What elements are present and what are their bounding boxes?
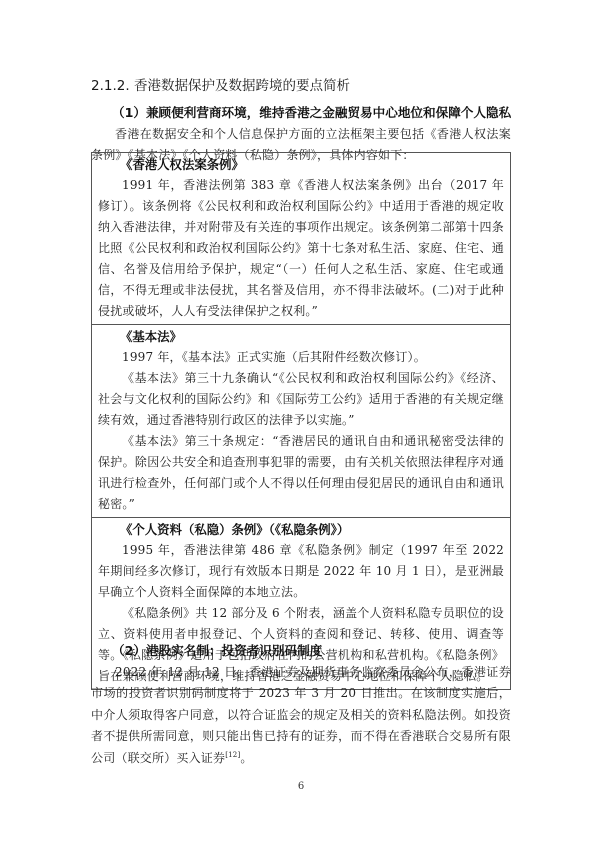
box-paragraph: 1991 年，香港法例第 383 章《香港人权法案条例》出台（2017 年修订）… xyxy=(98,175,504,322)
part2: （2）港股实名制：投资者识别码制度 2022 年 12 月 12 日，香港证券及… xyxy=(91,640,511,769)
section-number: 2.1.2. xyxy=(91,78,130,94)
section-title: 香港数据保护及数据跨境的要点简析 xyxy=(134,78,350,94)
part1-heading: （1）兼顾便利营商环境，维持香港之金融贸易中心地位和保障个人隐私 xyxy=(91,102,511,124)
part2-paragraph: 2022 年 12 月 12 日，香港证券及期货事务监察委员会公布，香港证券市场… xyxy=(91,662,511,769)
box-section-title: 《个人资料（私隐）条例》（《私隐条例》） xyxy=(98,520,504,540)
box-section-title: 《基本法》 xyxy=(98,327,504,347)
legal-framework-box: 《香港人权法案条例》 1991 年，香港法例第 383 章《香港人权法案条例》出… xyxy=(91,152,511,690)
box-paragraph: 《基本法》第三十九条确认“《公民权利和政治权利国际公约》《经济、社会与文化权利的… xyxy=(98,368,504,431)
part2-paragraph-text: 2022 年 12 月 12 日，香港证券及期货事务监察委员会公布，香港证券市场… xyxy=(91,665,511,765)
part2-paragraph-end: 。 xyxy=(240,751,252,765)
box-paragraph: 1995 年，香港法律第 486 章《私隐条例》制定（1997 年至 2022 … xyxy=(98,540,504,603)
box-section-title: 《香港人权法案条例》 xyxy=(98,155,504,175)
box-section-basic-law: 《基本法》 1997 年，《基本法》正式实施（后其附件经数次修订）。 《基本法》… xyxy=(92,324,510,517)
citation-reference[interactable]: [12] xyxy=(225,751,240,759)
box-section-bill-of-rights: 《香港人权法案条例》 1991 年，香港法例第 383 章《香港人权法案条例》出… xyxy=(92,153,510,324)
box-paragraph: 《基本法》第三十条规定：“香港居民的通讯自由和通讯秘密受法律的保护。除因公共安全… xyxy=(98,431,504,515)
part2-heading: （2）港股实名制：投资者识别码制度 xyxy=(91,640,511,662)
page-number: 6 xyxy=(91,781,511,792)
section-heading: 2.1.2. 香港数据保护及数据跨境的要点简析 xyxy=(91,76,511,96)
box-paragraph: 1997 年，《基本法》正式实施（后其附件经数次修订）。 xyxy=(98,347,504,368)
